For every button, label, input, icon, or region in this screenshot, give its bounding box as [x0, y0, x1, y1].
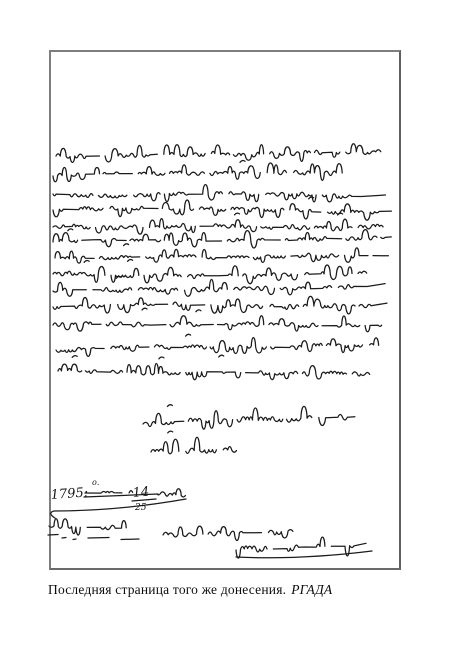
caption-text: Последняя страница того же донесения.: [48, 582, 286, 597]
manuscript-frame-border: [49, 50, 401, 570]
caption-source: РГАДА: [291, 582, 332, 597]
scanned-book-page: 1795: 14 25 о. Последняя страница того ж…: [0, 0, 450, 666]
caption: Последняя страница того же донесения.РГА…: [48, 582, 332, 598]
